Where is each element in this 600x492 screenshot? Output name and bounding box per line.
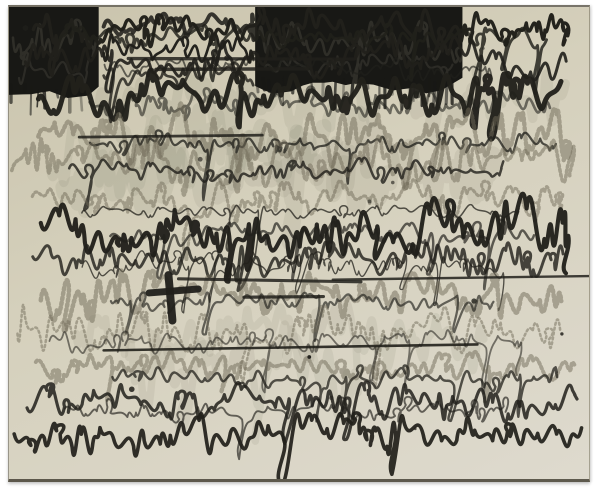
calligraphy-scribbles-svg [9, 7, 589, 479]
artwork-photo [0, 0, 600, 492]
painting-canvas [8, 5, 590, 482]
